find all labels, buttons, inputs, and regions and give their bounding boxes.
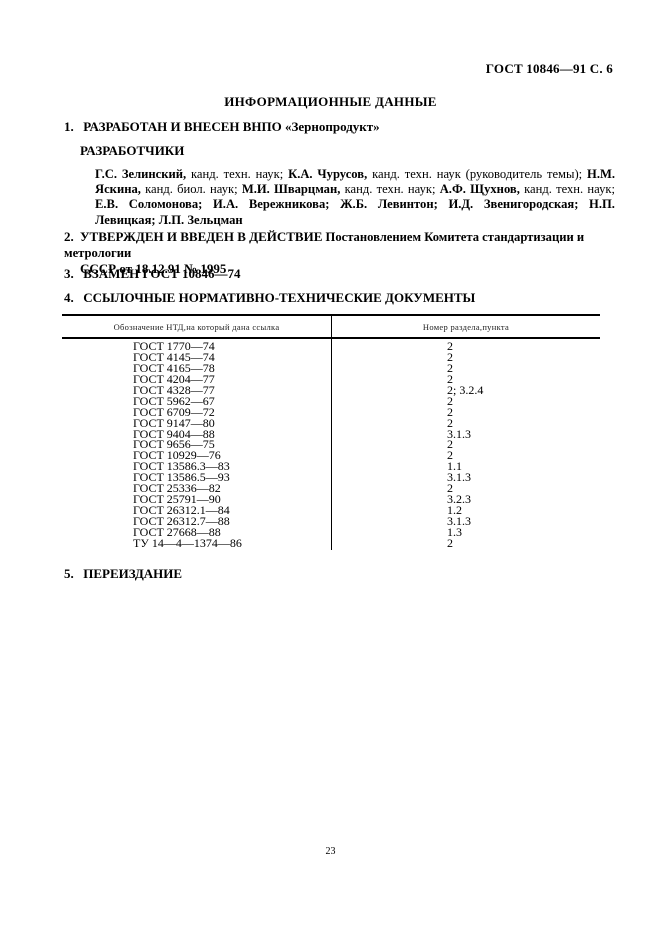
section-number: 1. xyxy=(64,119,80,135)
document-reference: ГОСТ 10846—91 С. 6 xyxy=(486,61,613,77)
table-cell-section: 2 xyxy=(332,439,600,450)
developers-heading: РАЗРАБОТЧИКИ xyxy=(80,143,184,159)
table-cell-section: 2 xyxy=(332,538,600,549)
developer-name: И.Д. Звенигородская; xyxy=(448,197,578,211)
header-cell-section: Номер раздела,пункта xyxy=(332,316,600,337)
page-number: 23 xyxy=(0,846,661,857)
table-cell-section: 3.1.3 xyxy=(332,429,600,440)
table-cell-section: 2; 3.2.4 xyxy=(332,385,600,396)
section-text: ССЫЛОЧНЫЕ НОРМАТИВНО-ТЕХНИЧЕСКИЕ ДОКУМЕН… xyxy=(83,290,475,305)
developer-role xyxy=(438,197,449,211)
section-column: 22222; 3.2.42223.1.3221.13.1.323.2.31.23… xyxy=(332,339,600,550)
section-text: ПЕРЕИЗДАНИЕ xyxy=(83,566,182,581)
document-column: ГОСТ 1770—74ГОСТ 4145—74ГОСТ 4165—78ГОСТ… xyxy=(62,339,332,550)
developer-role xyxy=(202,197,213,211)
developers-list: Г.С. Зелинский, канд. техн. наук; К.А. Ч… xyxy=(95,167,615,228)
table-cell-section: 3.1.3 xyxy=(332,472,600,483)
reference-documents-table: Обозначение НТД,на который дана ссылка Н… xyxy=(62,314,600,550)
table-cell-section: 2 xyxy=(332,341,600,352)
developer-role xyxy=(578,197,589,211)
section-number: 5. xyxy=(64,566,80,582)
table-cell-section: 2 xyxy=(332,450,600,461)
section-3: 3. ВЗАМЕН ГОСТ 10846—74 xyxy=(64,266,241,282)
developer-name: И.А. Вережникова; xyxy=(213,197,329,211)
developer-role: канд. техн. наук; xyxy=(520,182,615,196)
table-cell-section: 2 xyxy=(332,352,600,363)
developer-name: Г.С. Зелинский, xyxy=(95,167,186,181)
section-text: РАЗРАБОТАН И ВНЕСЕН ВНПО «Зернопродукт» xyxy=(83,119,379,134)
table-cell-section: 2 xyxy=(332,363,600,374)
developer-name: Ж.Б. Левинтон; xyxy=(340,197,438,211)
section-number: 3. xyxy=(64,266,80,282)
developer-name: Е.В. Соломонова; xyxy=(95,197,202,211)
section-5: 5. ПЕРЕИЗДАНИЕ xyxy=(64,566,182,582)
table-cell-section: 1.3 xyxy=(332,527,600,538)
table-cell-section: 2 xyxy=(332,407,600,418)
table-cell-section: 2 xyxy=(332,396,600,407)
developer-name: Л.П. Зельцман xyxy=(159,213,243,227)
section-1: 1. РАЗРАБОТАН И ВНЕСЕН ВНПО «Зернопродук… xyxy=(64,119,380,135)
section-number: 2. xyxy=(64,229,80,244)
table-cell-document: ТУ 14—4—1374—86 xyxy=(62,538,331,549)
table-cell-section: 3.2.3 xyxy=(332,494,600,505)
header-cell-document: Обозначение НТД,на который дана ссылка xyxy=(62,316,332,337)
section-4: 4. ССЫЛОЧНЫЕ НОРМАТИВНО-ТЕХНИЧЕСКИЕ ДОКУ… xyxy=(64,290,475,306)
section-number: 4. xyxy=(64,290,80,306)
developer-name: К.А. Чурусов, xyxy=(288,167,367,181)
developer-role xyxy=(329,197,340,211)
section-bold-text: УТВЕРЖДЕН И ВВЕДЕН В ДЕЙСТВИЕ xyxy=(80,229,322,244)
developer-name: М.И. Шварцман, xyxy=(242,182,341,196)
developer-role: канд. техн. наук (руководитель темы); xyxy=(367,167,587,181)
page-title: ИНФОРМАЦИОННЫЕ ДАННЫЕ xyxy=(0,94,661,110)
developer-name: А.Ф. Щухнов, xyxy=(440,182,520,196)
table-cell-section: 3.1.3 xyxy=(332,516,600,527)
table-body: ГОСТ 1770—74ГОСТ 4145—74ГОСТ 4165—78ГОСТ… xyxy=(62,339,600,550)
section-text: ВЗАМЕН ГОСТ 10846—74 xyxy=(83,266,240,281)
developer-role: канд. биол. наук; xyxy=(141,182,242,196)
table-header: Обозначение НТД,на который дана ссылка Н… xyxy=(62,314,600,339)
developer-role: канд. техн. наук; xyxy=(186,167,288,181)
developer-role: канд. техн. наук; xyxy=(340,182,439,196)
